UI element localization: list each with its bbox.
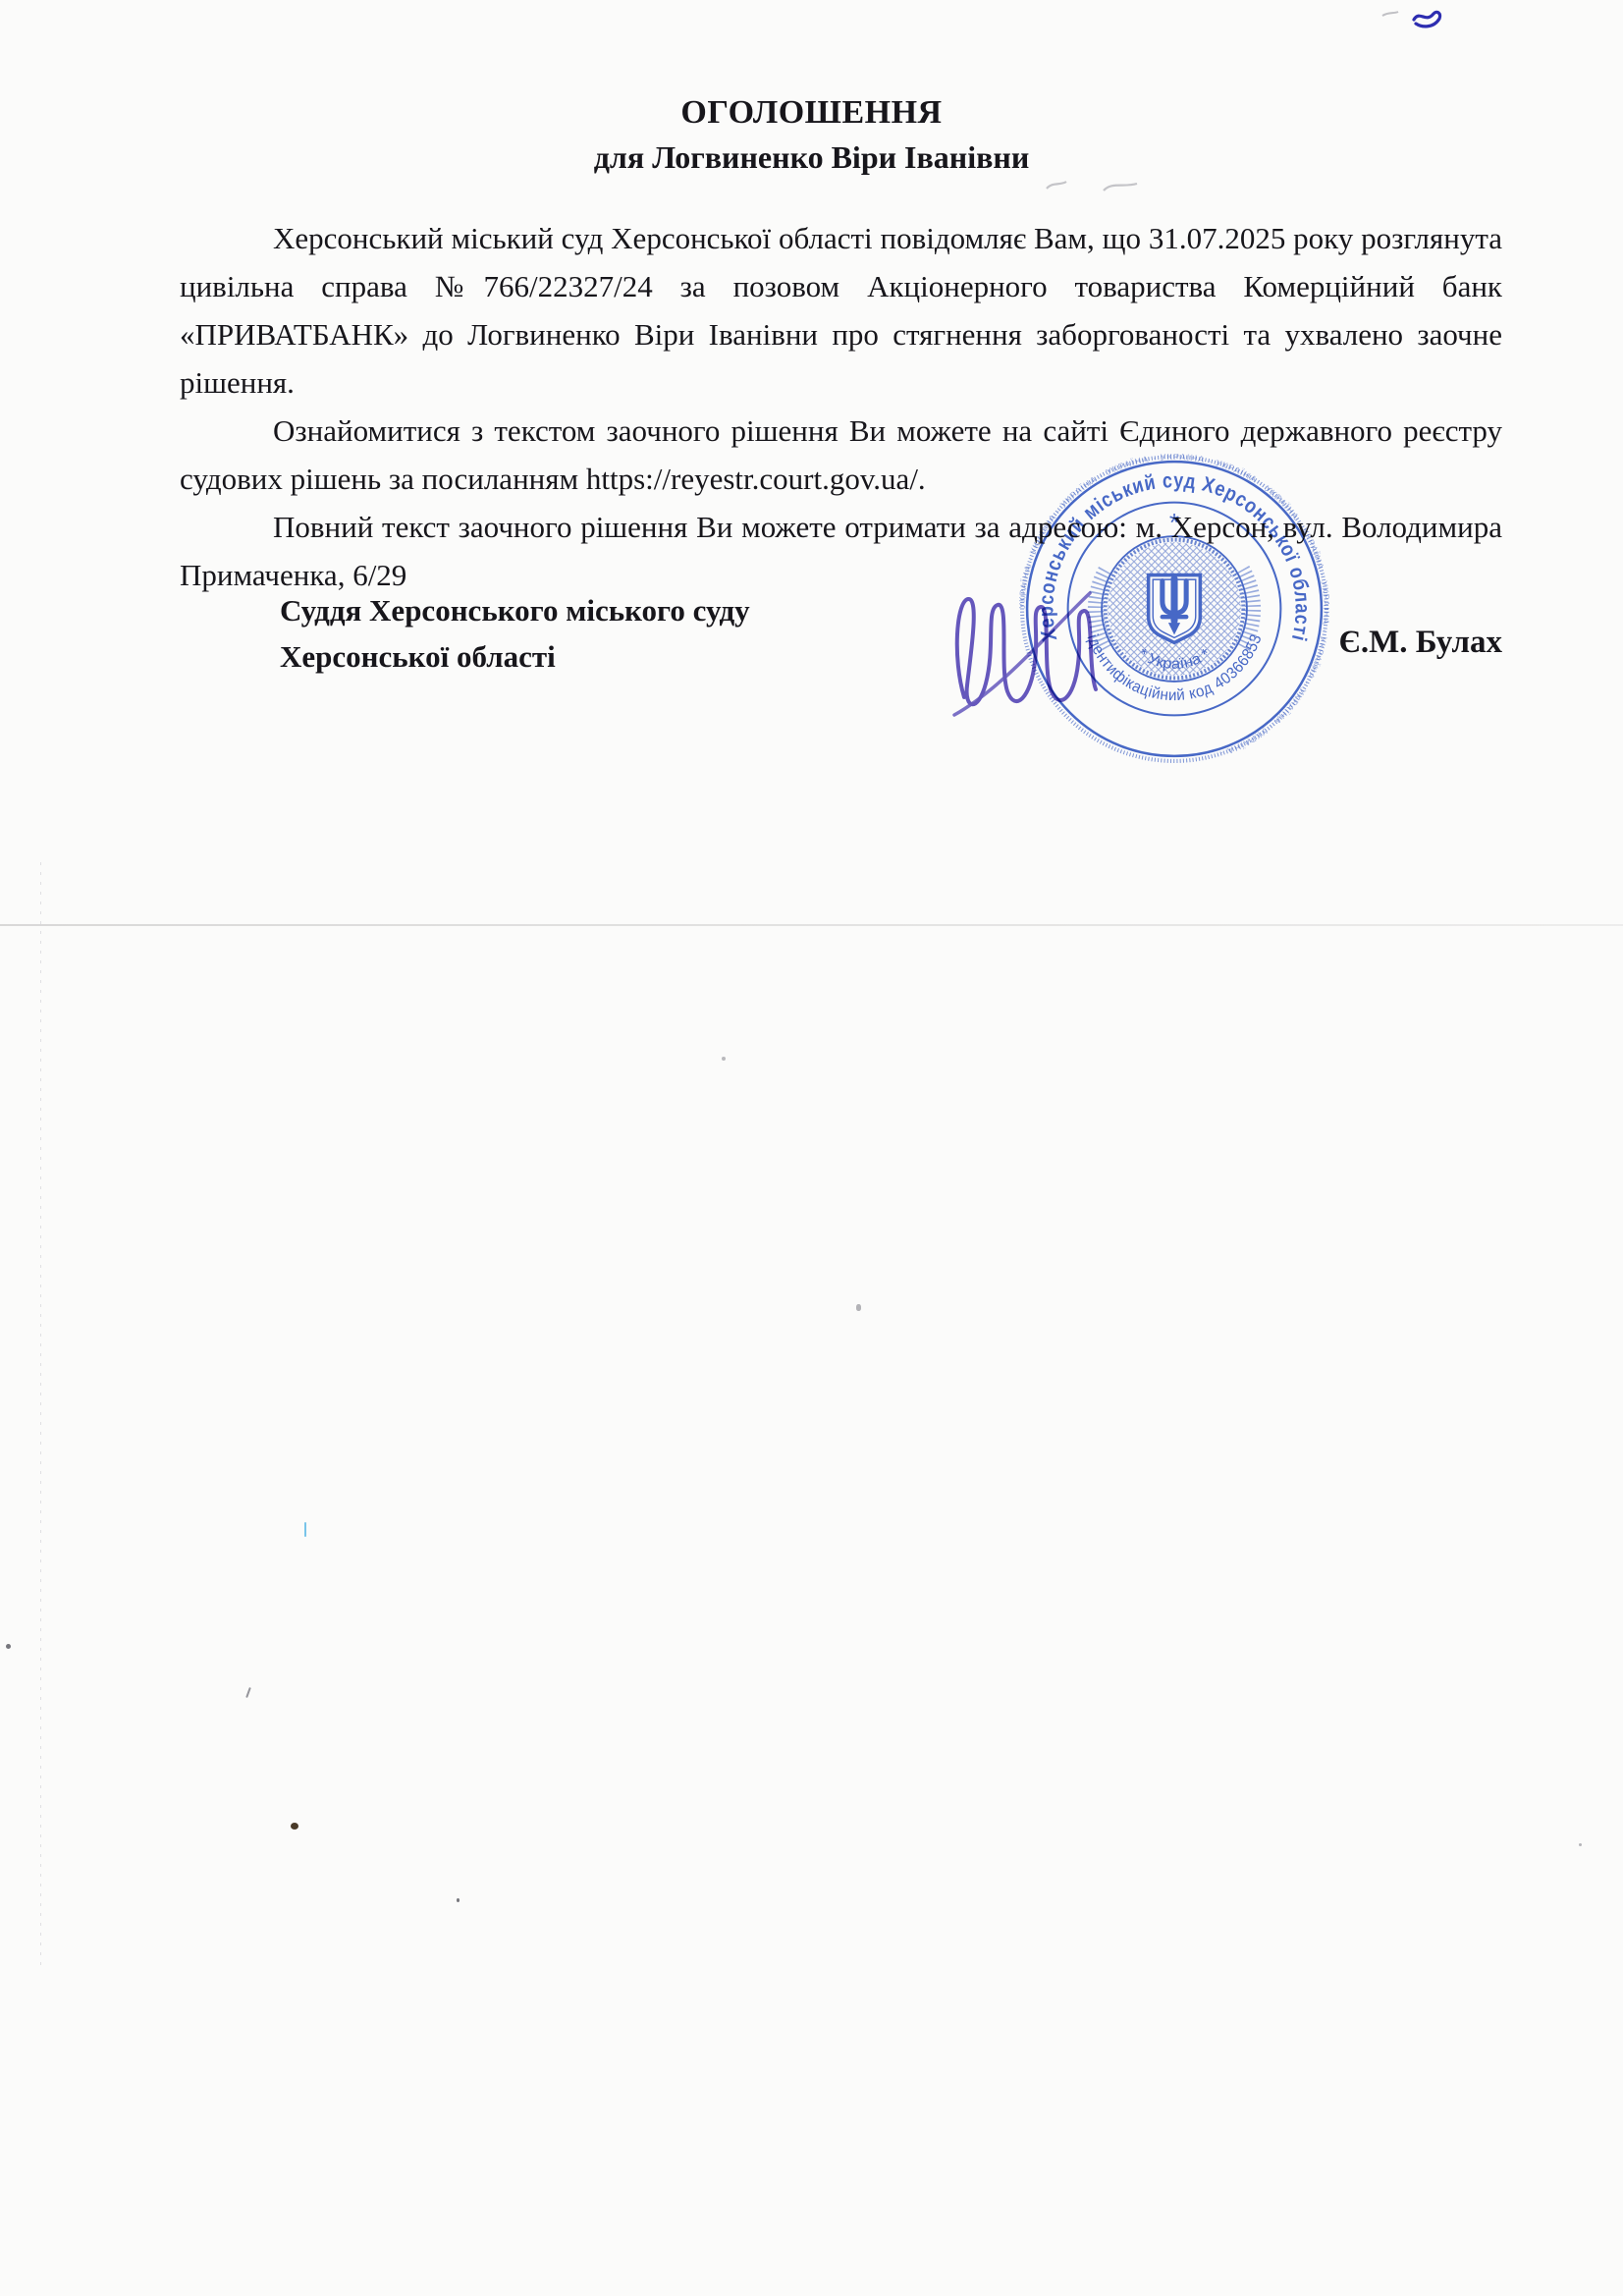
scan-speck xyxy=(1579,1843,1582,1846)
handwritten-signature xyxy=(935,550,1136,746)
signature-strokes xyxy=(935,550,1136,746)
scan-speck xyxy=(304,1522,306,1537)
scanned-court-announcement: ОГОЛОШЕННЯ для Логвиненко Віри Іванівни … xyxy=(0,0,1623,2296)
page-subtitle: для Логвиненко Віри Іванівни xyxy=(0,139,1623,176)
scan-speck xyxy=(6,1644,11,1649)
scan-speck xyxy=(856,1304,861,1311)
scan-artifact-line xyxy=(0,924,1623,926)
scan-speck xyxy=(291,1823,298,1830)
scan-speck xyxy=(245,1687,251,1698)
page-title: ОГОЛОШЕННЯ xyxy=(0,94,1623,132)
paragraph-case-info: Херсонський міський суд Херсонської обла… xyxy=(180,214,1502,407)
judge-role-block: Суддя Херсонського міського суду Херсонс… xyxy=(280,587,750,680)
judge-role-line2: Херсонської області xyxy=(280,633,750,680)
stamp-top-asterisk: * xyxy=(1169,508,1179,537)
scan-artifact-vertical xyxy=(40,862,41,1972)
judge-role-line1: Суддя Херсонського міського суду xyxy=(280,587,750,633)
title-block: ОГОЛОШЕННЯ для Логвиненко Віри Іванівни xyxy=(0,94,1623,176)
faint-pencil-marks xyxy=(1041,169,1168,202)
trident-shield-icon xyxy=(1149,575,1201,643)
scan-speck xyxy=(722,1057,726,1061)
scan-speck xyxy=(457,1898,460,1902)
judge-name: Є.М. Булах xyxy=(1339,625,1502,661)
ink-mark-top-right xyxy=(1375,0,1463,43)
